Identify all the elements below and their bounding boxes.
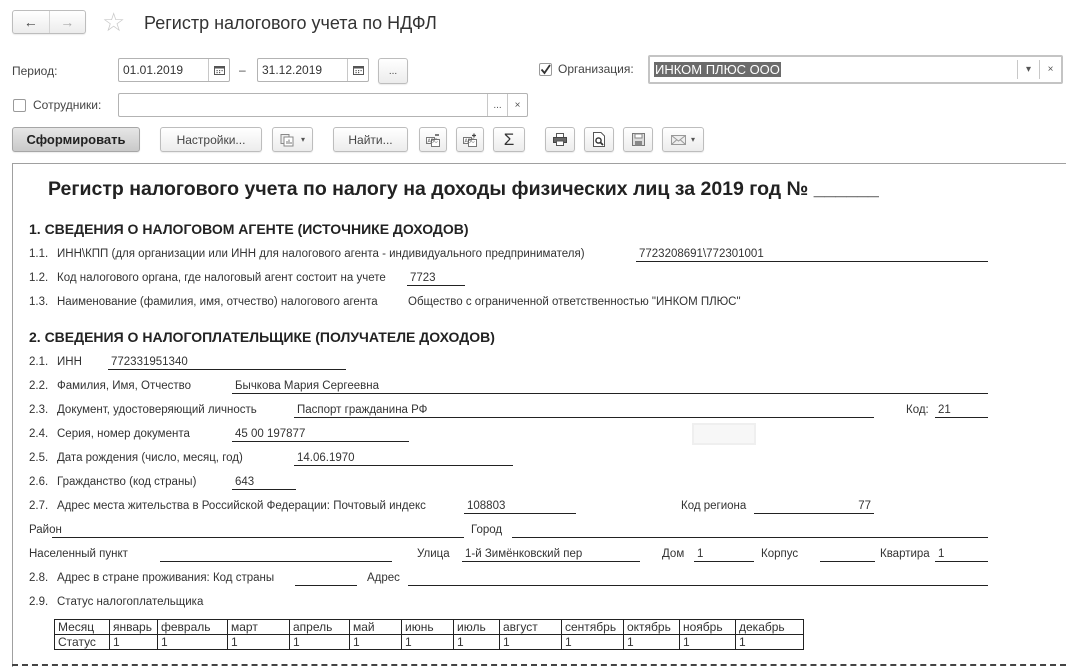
date-to-input[interactable]: 31.12.2019 [258,59,347,81]
status-cell: 1 [736,635,804,650]
flat-value: 1 [935,548,988,562]
region-code-value: 77 [754,500,874,514]
identity-document-value: Паспорт гражданина РФ [294,404,874,418]
row-number: 2.3. [29,404,48,416]
save-button[interactable] [623,127,653,152]
window-title: Регистр налогового учета по НДФЛ [144,13,437,34]
collapse-groups-icon: ABC [426,133,440,147]
status-cell: 1 [562,635,624,650]
month-cell: май [350,620,402,635]
month-cell: сентябрь [562,620,624,635]
agent-name-label: Наименование (фамилия, имя, отчество) на… [57,296,378,308]
calendar-to-button[interactable] [347,59,368,81]
organization-dropdown-button[interactable]: ▾ [1017,60,1039,79]
arrow-left-icon: ← [24,14,38,30]
foreign-country-code-label: Адрес в стране проживания: Код страны [57,572,274,584]
date-from-field[interactable]: 01.01.2019 [118,58,230,82]
document-code-label: Код: [906,404,929,416]
status-cell: 1 [680,635,736,650]
status-cell: 1 [402,635,454,650]
period-dash: – [239,63,246,77]
street-label: Улица [417,548,450,560]
document-number-label: Серия, номер документа [57,428,190,440]
row-number: 2.8. [29,572,48,584]
section2-heading: 2. СВЕДЕНИЯ О НАЛОГОПЛАТЕЛЬЩИКЕ (ПОЛУЧАТ… [29,329,495,345]
favorite-star-icon[interactable]: ☆ [102,8,125,36]
employees-clear-button[interactable]: × [507,94,527,116]
print-preview-button[interactable] [584,127,614,152]
foreign-address-label: Адрес [367,572,400,584]
organization-field[interactable]: ИНКОМ ПЛЮС ООО ▾ × [648,55,1063,84]
tax-authority-code-label: Код налогового органа, где налоговый аге… [57,272,386,284]
sum-button[interactable]: Σ [493,127,525,152]
house-value: 1 [694,548,754,562]
inn-kpp-label: ИНН\КПП (для организации или ИНН для нал… [57,248,585,260]
navigation-buttons: ← → [12,10,86,34]
birth-date-label: Дата рождения (число, месяц, год) [57,452,243,464]
row-number: 1.2. [29,272,48,284]
citizenship-value: 643 [232,476,296,490]
status-cell: 1 [110,635,158,650]
document-number-value: 45 00 197877 [232,428,409,442]
status-cell: 1 [454,635,500,650]
month-cell: ноябрь [680,620,736,635]
locality-value [160,548,392,562]
page-break-divider [12,664,1066,666]
identity-document-label: Документ, удостоверяющий личность [57,404,257,416]
empty-cell [692,423,756,445]
row-number: 2.2. [29,380,48,392]
envelope-icon [671,135,686,145]
city-value [512,524,988,538]
taxpayer-status-table: Месяц январьфевральмартапрельмайиюньиюль… [54,619,804,650]
month-cell: февраль [158,620,228,635]
address-postcode-label: Адрес места жительства в Российской Феде… [57,500,426,512]
full-name-label: Фамилия, Имя, Отчество [57,380,191,392]
organization-clear-button[interactable]: × [1039,60,1061,79]
taxpayer-inn-value: 772331951340 [108,356,346,370]
status-row: Статус 111111111111 [55,635,804,650]
row-number: 2.4. [29,428,48,440]
period-label: Период: [12,64,57,78]
employees-checkbox[interactable] [13,99,26,112]
calendar-icon [353,65,364,75]
inn-kpp-value: 7723208691\772301001 [636,248,988,262]
settings-button[interactable]: Настройки... [160,127,262,152]
row-number: 1.3. [29,296,48,308]
arrow-right-icon: → [60,14,74,30]
months-row: Месяц январьфевральмартапрельмайиюньиюль… [55,620,804,635]
document-code-value: 21 [935,404,988,418]
chevron-down-icon: ▾ [1026,64,1031,75]
generate-button[interactable]: Сформировать [12,127,140,152]
month-cell: июль [454,620,500,635]
forward-button[interactable]: → [49,11,86,33]
month-cell: апрель [290,620,350,635]
collapse-groups-button[interactable]: ABC [419,127,447,152]
row-number: 1.1. [29,248,48,260]
tax-authority-code-value: 7723 [407,272,465,286]
month-cell: декабрь [736,620,804,635]
foreign-country-code-value [295,572,357,586]
row-number: 2.6. [29,476,48,488]
print-button[interactable] [545,127,575,152]
row-number: 2.7. [29,500,48,512]
organization-input[interactable]: ИНКОМ ПЛЮС ООО [650,57,1017,82]
organization-toggle[interactable]: Организация: [539,62,634,76]
svg-text:ABC: ABC [428,138,439,144]
back-button[interactable]: ← [13,11,49,33]
house-label: Дом [662,548,684,560]
close-icon: × [1048,64,1054,75]
table-header-cell: Статус [55,635,110,650]
find-button[interactable]: Найти... [333,127,408,152]
send-email-dropdown-button[interactable]: ▾ [662,127,704,152]
row-number: 2.1. [29,356,48,368]
district-value [52,524,464,538]
organization-label: Организация: [558,62,634,76]
month-cell: октябрь [624,620,680,635]
status-cell: 1 [228,635,290,650]
table-header-cell: Месяц [55,620,110,635]
section1-heading: 1. СВЕДЕНИЯ О НАЛОГОВОМ АГЕНТЕ (ИСТОЧНИК… [29,221,469,237]
city-label: Город [471,524,502,536]
building-value [820,548,875,562]
choose-period-button[interactable]: ... [378,58,408,84]
date-to-field[interactable]: 31.12.2019 [257,58,369,82]
month-cell: август [500,620,562,635]
calendar-icon [214,65,225,75]
month-cell: январь [110,620,158,635]
employees-field[interactable]: ... × [118,93,528,117]
svg-text:ABC: ABC [465,138,476,144]
locality-label: Населенный пункт [29,548,128,560]
sigma-icon: Σ [504,130,515,150]
variants-dropdown-button[interactable]: ▾ [272,127,313,152]
agent-name-value: Общество с ограниченной ответственностью… [408,296,741,308]
organization-checkbox[interactable] [539,63,552,76]
employees-toggle[interactable]: Сотрудники: [13,98,101,112]
citizenship-label: Гражданство (код страны) [57,476,196,488]
printer-icon [553,133,567,146]
building-label: Корпус [761,548,798,560]
employees-choose-button[interactable]: ... [487,94,507,116]
report-title: Регистр налогового учета по налогу на до… [48,178,879,201]
employees-label: Сотрудники: [33,98,101,112]
print-preview-icon [593,132,606,147]
chevron-down-icon: ▾ [691,135,695,144]
checkmark-icon [540,64,551,75]
taxpayer-inn-label: ИНН [57,356,82,368]
chevron-down-icon: ▾ [301,135,305,144]
postcode-value: 108803 [464,500,576,514]
month-cell: март [228,620,290,635]
calendar-from-button[interactable] [208,59,229,81]
floppy-disk-icon [632,133,645,146]
full-name-value: Бычкова Мария Сергеевна [232,380,988,394]
status-cell: 1 [624,635,680,650]
month-cell: июнь [402,620,454,635]
expand-groups-icon: ABC [463,133,477,147]
status-cell: 1 [290,635,350,650]
organization-value: ИНКОМ ПЛЮС ООО [654,62,781,77]
expand-groups-button[interactable]: ABC [456,127,484,152]
report-variants-icon [280,133,296,147]
row-number: 2.9. [29,596,48,608]
status-cell: 1 [500,635,562,650]
status-cell: 1 [350,635,402,650]
row-number: 2.5. [29,452,48,464]
birth-date-value: 14.06.1970 [294,452,513,466]
region-code-label: Код региона [681,500,746,512]
street-value: 1-й Зимёнковский пер [462,548,640,562]
date-from-input[interactable]: 01.01.2019 [119,59,208,81]
status-cell: 1 [158,635,228,650]
foreign-address-value [408,572,988,586]
employees-input[interactable] [119,94,487,116]
taxpayer-status-label: Статус налогоплательщика [57,596,203,608]
flat-label: Квартира [880,548,930,560]
